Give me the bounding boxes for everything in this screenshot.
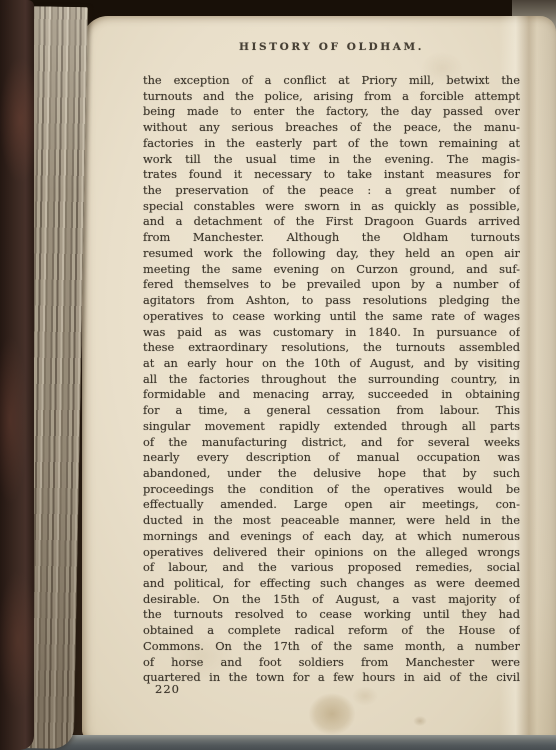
text-line: work till the usual time in the evening.… — [143, 152, 520, 168]
text-line: effectually amended. Large open air meet… — [143, 497, 520, 513]
text-line: Commons. On the 17th of the same month, … — [143, 639, 520, 655]
text-line: nearly every description of manual occup… — [143, 450, 520, 466]
book-cover-spine — [0, 0, 34, 750]
text-line: desirable. On the 15th of August, a vast… — [143, 592, 520, 608]
text-column: HISTORY OF OLDHAM. the exception of a co… — [143, 16, 520, 740]
text-line: meeting the same evening on Curzon groun… — [143, 262, 520, 278]
text-line: abandoned, under the delusive hope that … — [143, 466, 520, 482]
table-surface — [0, 735, 556, 750]
text-line: these extraordinary resolutions, the tur… — [143, 340, 520, 356]
text-line: of labour, and the various proposed reme… — [143, 560, 520, 576]
text-line: singular movement rapidly extended throu… — [143, 419, 520, 435]
text-line: and political, for effecting such change… — [143, 576, 520, 592]
text-line: operatives to cease working until the sa… — [143, 309, 520, 325]
body-text: the exception of a conflict at Priory mi… — [143, 73, 520, 686]
book-photo: HISTORY OF OLDHAM. the exception of a co… — [0, 0, 556, 750]
text-line: operatives delivered their opinions on t… — [143, 545, 520, 561]
text-line: proceedings the condition of the operati… — [143, 482, 520, 498]
text-line: was paid as was customary in 1840. In pu… — [143, 325, 520, 341]
text-line: for a time, a general cessation from lab… — [143, 403, 520, 419]
text-line: resumed work the following day, they hel… — [143, 246, 520, 262]
text-line: at an early hour on the 10th of August, … — [143, 356, 520, 372]
text-line: special constables were sworn in as quic… — [143, 199, 520, 215]
text-line: ducted in the most peaceable manner, wer… — [143, 513, 520, 529]
text-line: trates found it necessary to take instan… — [143, 167, 520, 183]
book-page: HISTORY OF OLDHAM. the exception of a co… — [82, 16, 556, 740]
text-line: quartered in the town for a few hours in… — [143, 670, 520, 686]
text-line: being made to enter the factory, the day… — [143, 104, 520, 120]
page-number: 220 — [155, 682, 180, 696]
text-line: turnouts and the police, arising from a … — [143, 89, 520, 105]
text-line: formidable and menacing array, succeeded… — [143, 387, 520, 403]
text-line: factories in the easterly part of the to… — [143, 136, 520, 152]
text-line: the turnouts resolved to cease working u… — [143, 607, 520, 623]
running-header: HISTORY OF OLDHAM. — [143, 41, 520, 53]
text-line: agitators from Ashton, to pass resolutio… — [143, 293, 520, 309]
text-line: fered themselves to be prevailed upon by… — [143, 277, 520, 293]
text-line: the preservation of the peace : a great … — [143, 183, 520, 199]
text-line: and a detachment of the First Dragoon Gu… — [143, 214, 520, 230]
text-line: of horse and foot soldiers from Manchest… — [143, 655, 520, 671]
text-line: mornings and evenings of each day, at wh… — [143, 529, 520, 545]
text-line: all the factories throughout the surroun… — [143, 372, 520, 388]
text-line: from Manchester. Although the Oldham tur… — [143, 230, 520, 246]
text-line: without any serious breaches of the peac… — [143, 120, 520, 136]
text-line: obtained a complete radical reform of th… — [143, 623, 520, 639]
text-line: of the manufacturing district, and for s… — [143, 435, 520, 451]
text-line: the exception of a conflict at Priory mi… — [143, 73, 520, 89]
